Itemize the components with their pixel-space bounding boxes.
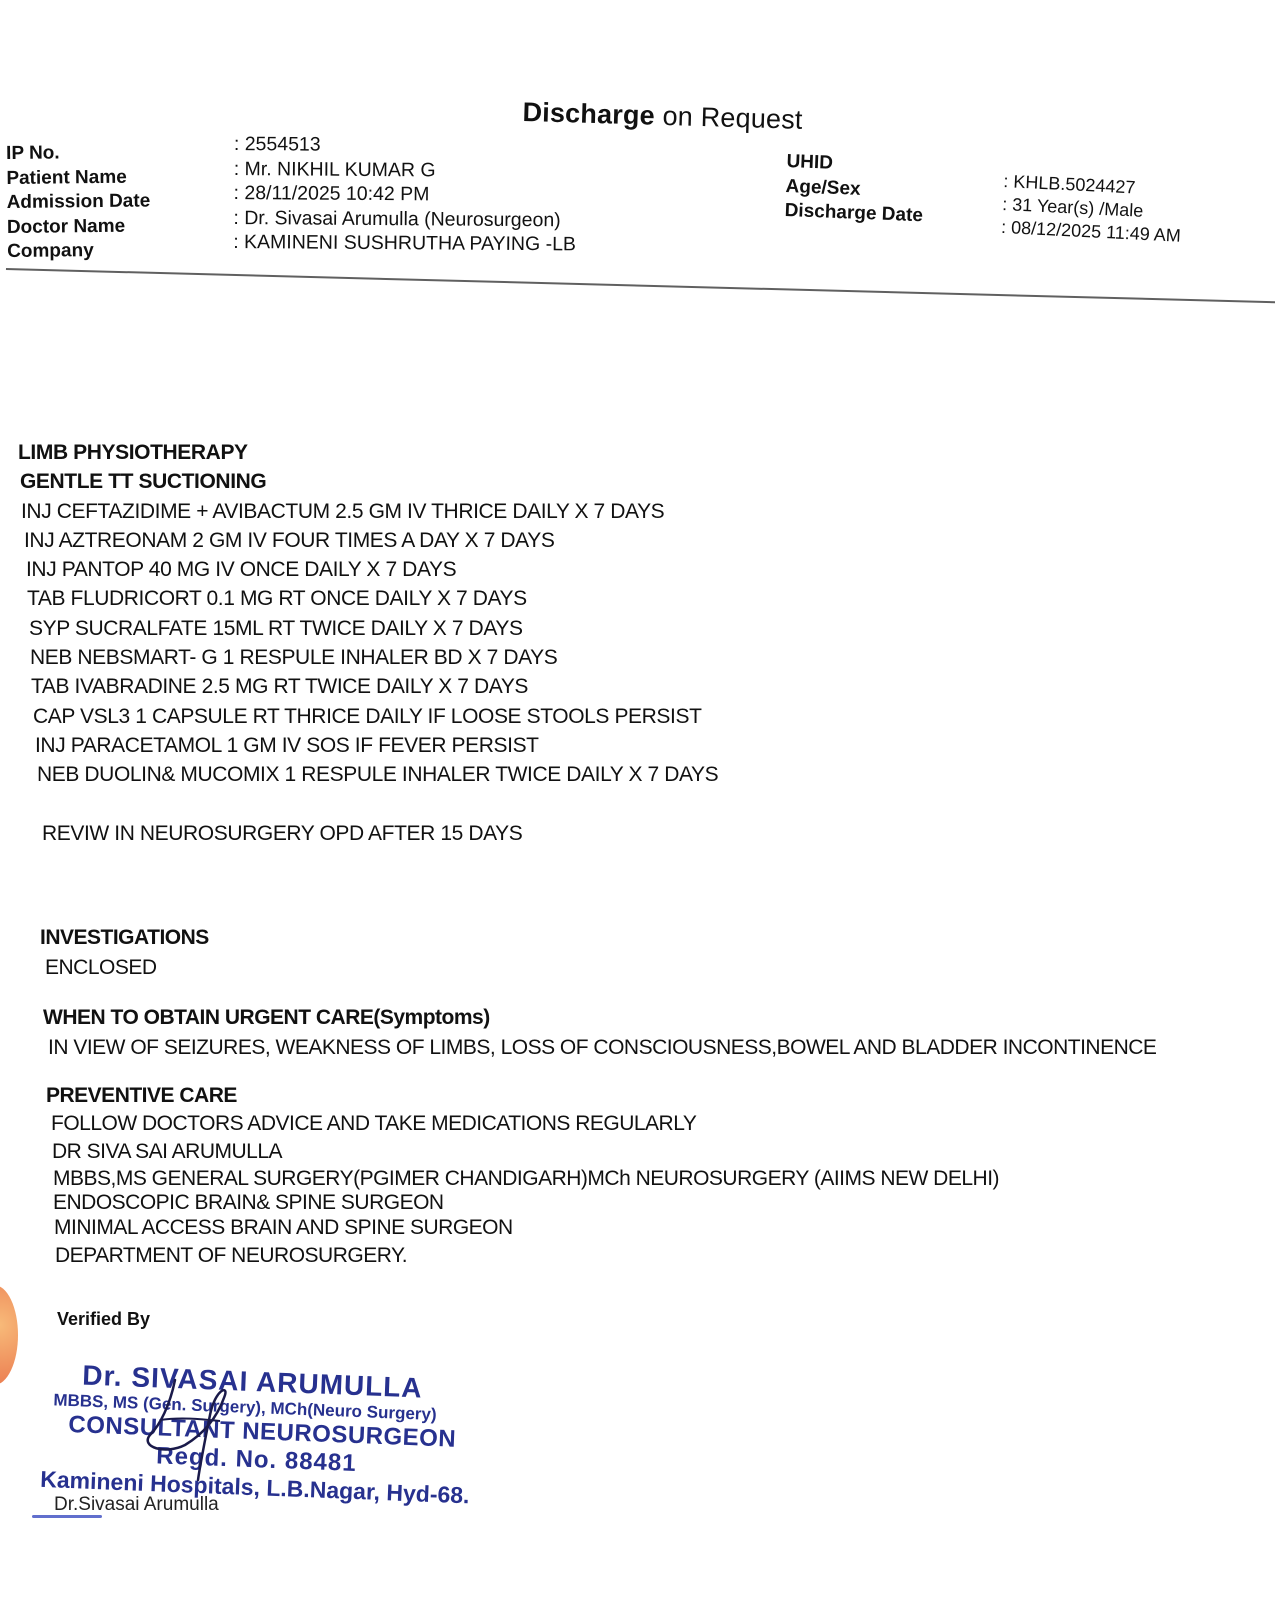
preventive-line: DR SIVA SAI ARUMULLA	[52, 1138, 999, 1166]
preventive-line: FOLLOW DOCTORS ADVICE AND TAKE MEDICATIO…	[51, 1110, 999, 1138]
preventive-line: MINIMAL ACCESS BRAIN AND SPINE SURGEON	[54, 1214, 999, 1242]
medication-item: INJ PANTOP 40 MG IV ONCE DAILY X 7 DAYS	[26, 555, 718, 584]
review-instruction: REVIW IN NEUROSURGERY OPD AFTER 15 DAYS	[42, 822, 522, 846]
medication-item: NEB DUOLIN& MUCOMIX 1 RESPULE INHALER TW…	[37, 760, 718, 789]
preventive-line: ENDOSCOPIC BRAIN& SPINE SURGEON	[53, 1192, 999, 1214]
title-discharge: Discharge	[522, 97, 655, 131]
preventive-line: MBBS,MS GENERAL SURGERY(PGIMER CHANDIGAR…	[53, 1166, 999, 1192]
label-discharge-date: Discharge Date	[784, 199, 923, 229]
orange-blob-artifact	[0, 1285, 18, 1385]
label-patient-name: Patient Name	[6, 165, 150, 191]
investigations-section: INVESTIGATIONS ENCLOSED	[40, 926, 209, 980]
label-admission-date: Admission Date	[7, 189, 151, 215]
value-doctor-name: : Dr. Sivasai Arumulla (Neurosurgeon)	[233, 205, 576, 232]
label-ip-no: IP No.	[6, 140, 150, 166]
header-right-values: : KHLB.5024427 : 31 Year(s) /Male : 08/1…	[1001, 170, 1184, 248]
medication-item: INJ AZTREONAM 2 GM IV FOUR TIMES A DAY X…	[24, 526, 718, 555]
value-admission-date: : 28/11/2025 10:42 PM	[233, 181, 576, 208]
order-heading: LIMB PHYSIOTHERAPY	[18, 438, 718, 467]
urgent-care-heading: WHEN TO OBTAIN URGENT CARE(Symptoms)	[43, 1006, 1156, 1030]
value-ip-no: : 2554513	[234, 132, 577, 159]
value-patient-name: : Mr. NIKHIL KUMAR G	[234, 156, 577, 183]
preventive-care-section: PREVENTIVE CARE FOLLOW DOCTORS ADVICE AN…	[46, 1082, 999, 1270]
header-left-values: : 2554513 : Mr. NIKHIL KUMAR G : 28/11/2…	[233, 132, 577, 257]
title-on-request: on Request	[654, 101, 803, 135]
urgent-care-text: IN VIEW OF SEIZURES, WEAKNESS OF LIMBS, …	[48, 1036, 1156, 1060]
preventive-line: DEPARTMENT OF NEUROSURGERY.	[55, 1242, 999, 1270]
header-left-labels: IP No. Patient Name Admission Date Docto…	[6, 140, 151, 264]
investigations-heading: INVESTIGATIONS	[40, 926, 209, 950]
document-title: Discharge on Request	[522, 97, 803, 136]
value-company: : KAMINENI SUSHRUTHA PAYING -LB	[233, 230, 576, 257]
medication-item: INJ PARACETAMOL 1 GM IV SOS IF FEVER PER…	[35, 731, 718, 760]
order-heading: GENTLE TT SUCTIONING	[20, 467, 718, 496]
verified-by-label: Verified By	[57, 1309, 150, 1330]
investigations-text: ENCLOSED	[45, 956, 209, 980]
signatory-name: Dr.Sivasai Arumulla	[54, 1494, 219, 1516]
header-right-labels: UHID Age/Sex Discharge Date	[784, 150, 925, 229]
medication-item: TAB FLUDRICORT 0.1 MG RT ONCE DAILY X 7 …	[27, 584, 718, 613]
signature-underline	[32, 1515, 102, 1518]
preventive-care-heading: PREVENTIVE CARE	[46, 1082, 999, 1110]
discharge-orders: LIMB PHYSIOTHERAPY GENTLE TT SUCTIONING …	[18, 438, 718, 790]
medication-item: NEB NEBSMART- G 1 RESPULE INHALER BD X 7…	[30, 643, 718, 672]
header-divider	[6, 268, 1275, 303]
label-company: Company	[7, 238, 151, 264]
medication-item: SYP SUCRALFATE 15ML RT TWICE DAILY X 7 D…	[29, 614, 718, 643]
medication-item: INJ CEFTAZIDIME + AVIBACTUM 2.5 GM IV TH…	[21, 497, 718, 526]
medication-item: TAB IVABRADINE 2.5 MG RT TWICE DAILY X 7…	[31, 672, 718, 701]
signature-scribble-icon	[140, 1375, 260, 1485]
label-doctor-name: Doctor Name	[7, 214, 151, 240]
medication-item: CAP VSL3 1 CAPSULE RT THRICE DAILY IF LO…	[33, 702, 718, 731]
urgent-care-section: WHEN TO OBTAIN URGENT CARE(Symptoms) IN …	[43, 1006, 1156, 1060]
